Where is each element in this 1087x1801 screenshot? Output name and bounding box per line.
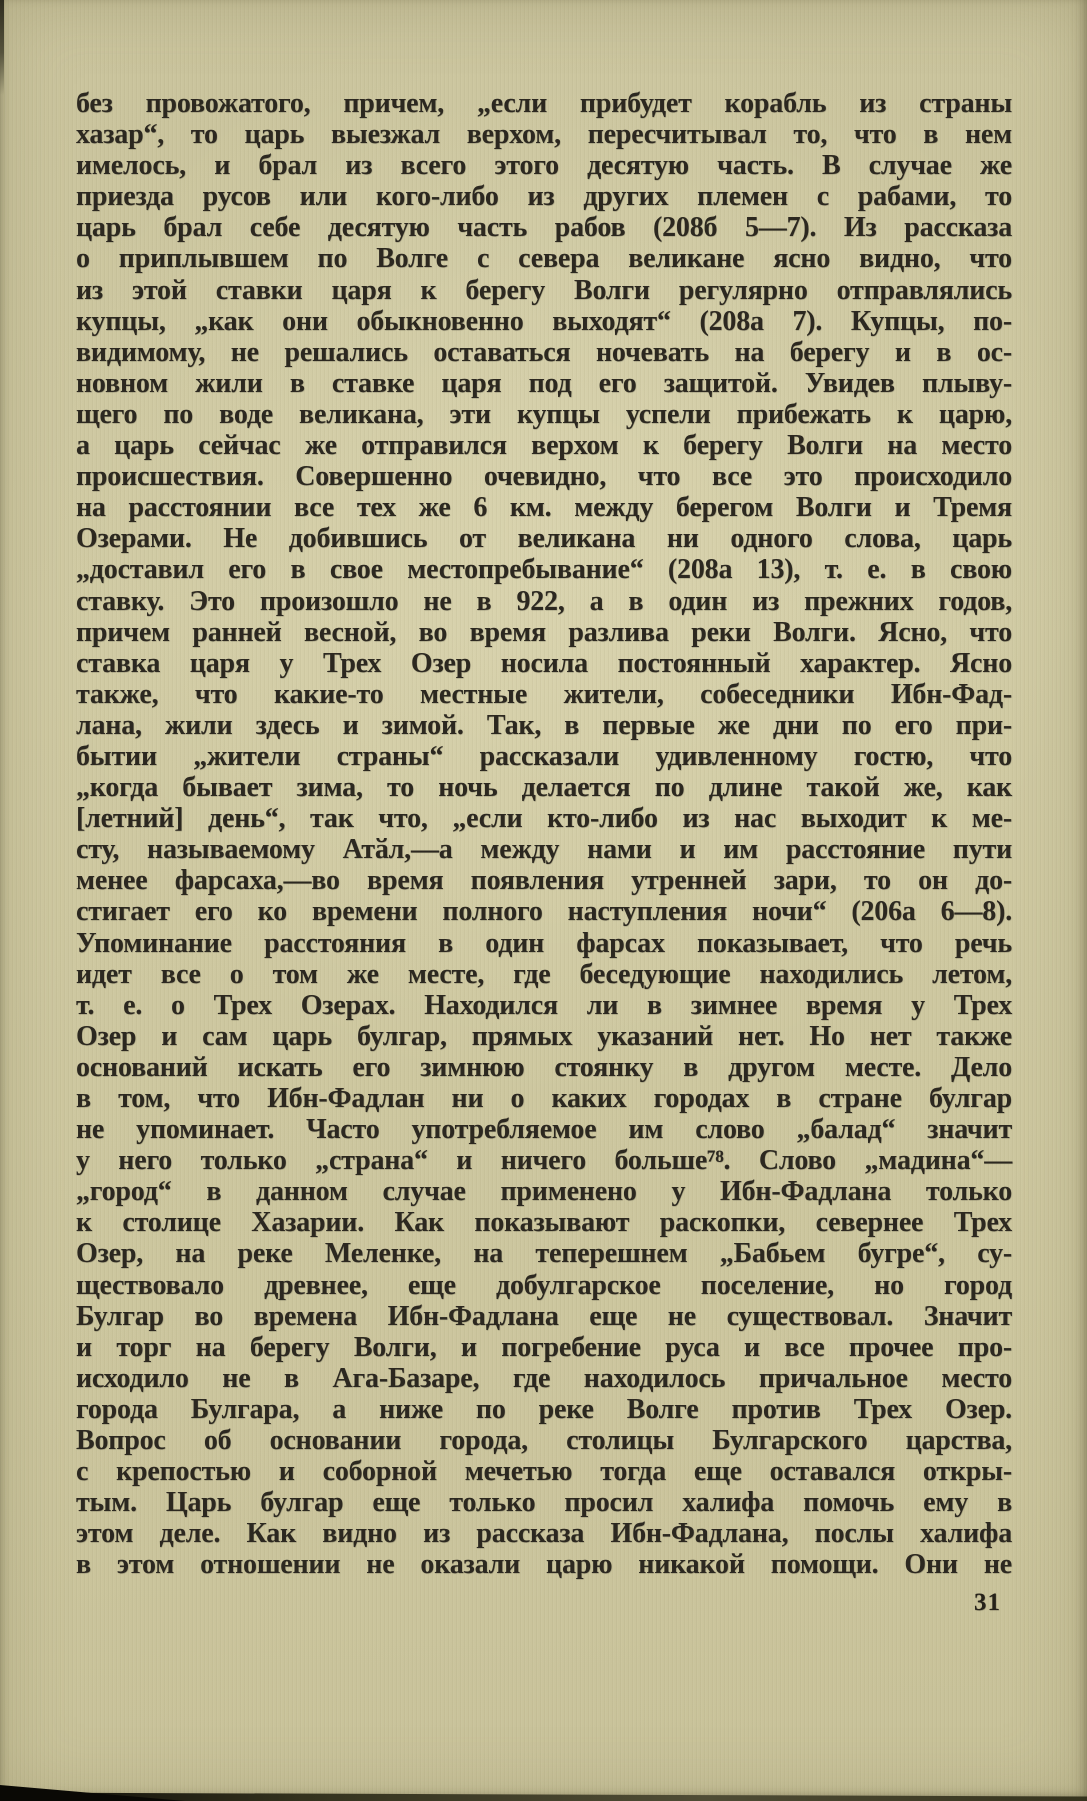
scan-edge-artifact-top-left bbox=[0, 0, 4, 95]
text-line: менее фарсаха,—во время появления утренн… bbox=[76, 865, 1012, 896]
text-line: лана, жили здесь и зимой. Так, в первые … bbox=[76, 710, 1012, 741]
text-line: к столице Хазарии. Как показывают раскоп… bbox=[76, 1207, 1012, 1238]
text-line: т. е. о Трех Озерах. Находился ли в зимн… bbox=[76, 990, 1012, 1021]
text-line: Упоминание расстояния в один фарсах пока… bbox=[76, 928, 1012, 959]
text-line: купцы, „как они обыкновенно выходят“ (20… bbox=[76, 306, 1012, 337]
text-line: тым. Царь булгар еще только просил халиф… bbox=[76, 1487, 1012, 1518]
text-line: исходило не в Ага-Базаре, где находилось… bbox=[76, 1363, 1012, 1394]
text-line: оснований искать его зимнюю стоянку в др… bbox=[76, 1052, 1012, 1083]
text-line: Булгар во времена Ибн-Фадлана еще не сущ… bbox=[76, 1301, 1012, 1332]
text-line: в том, что Ибн-Фадлан ни о каких городах… bbox=[76, 1083, 1012, 1114]
text-line: „город“ в данном случае применено у Ибн-… bbox=[76, 1176, 1012, 1207]
text-line: приезда русов или кого-либо из других пл… bbox=[76, 181, 1012, 212]
text-line: этом деле. Как видно из рассказа Ибн-Фад… bbox=[76, 1518, 1012, 1549]
text-line: ществовало древнее, еще добулгарское пос… bbox=[76, 1270, 1012, 1301]
text-line: без провожатого, причем, „если прибудет … bbox=[76, 88, 1012, 119]
text-line: хазар“, то царь выезжал верхом, пересчит… bbox=[76, 119, 1012, 150]
text-line: а царь сейчас же отправился верхом к бер… bbox=[76, 430, 1012, 461]
text-line: имелось, и брал из всего этого десятую ч… bbox=[76, 150, 1012, 181]
text-line: причем ранней весной, во время разлива р… bbox=[76, 617, 1012, 648]
text-line: с крепостью и соборной мечетью тогда еще… bbox=[76, 1456, 1012, 1487]
text-line: у него только „страна“ и ничего больше⁷⁸… bbox=[76, 1145, 1012, 1176]
text-line: Озер, на реке Меленке, на теперешнем „Ба… bbox=[76, 1238, 1012, 1269]
text-line: Озер и сам царь булгар, прямых указаний … bbox=[76, 1021, 1012, 1052]
text-line: на расстоянии все тех же 6 км. между бер… bbox=[76, 492, 1012, 523]
text-line: не упоминает. Часто употребляемое им сло… bbox=[76, 1114, 1012, 1145]
text-line: также, что какие-то местные жители, собе… bbox=[76, 679, 1012, 710]
text-line: ставку. Это произошло не в 922, а в один… bbox=[76, 586, 1012, 617]
text-line: царь брал себе десятую часть рабов (208б… bbox=[76, 212, 1012, 243]
text-line: и торг на берегу Волги, и погребение рус… bbox=[76, 1332, 1012, 1363]
text-line: из этой ставки царя к берегу Волги регул… bbox=[76, 275, 1012, 306]
text-line: в этом отношении не оказали царю никакой… bbox=[76, 1549, 1012, 1580]
text-line: о приплывшем по Волге с севера великане … bbox=[76, 243, 1012, 274]
page-text-block: без провожатого, причем, „если прибудет … bbox=[76, 88, 1012, 1581]
text-line: сту, называемому Атӑл,—а между нами и им… bbox=[76, 834, 1012, 865]
book-page: без провожатого, причем, „если прибудет … bbox=[0, 0, 1087, 1801]
text-line: [летний] день“, так что, „если кто-либо … bbox=[76, 803, 1012, 834]
text-line: происшествия. Совершенно очевидно, что в… bbox=[76, 461, 1012, 492]
text-line: щего по воде великана, эти купцы успели … bbox=[76, 399, 1012, 430]
page-number: 31 bbox=[974, 1589, 1001, 1617]
text-line: города Булгара, а ниже по реке Волге про… bbox=[76, 1394, 1012, 1425]
text-line: „доставил его в свое местопребывание“ (2… bbox=[76, 554, 1012, 585]
text-line: „когда бывает зима, то ночь делается по … bbox=[76, 772, 1012, 803]
text-line: новном жили в ставке царя под его защито… bbox=[76, 368, 1012, 399]
text-line: видимому, не решались оставаться ночеват… bbox=[76, 337, 1012, 368]
text-line: Вопрос об основании города, столицы Булг… bbox=[76, 1425, 1012, 1456]
text-line: идет все о том же месте, где беседующие … bbox=[76, 959, 1012, 990]
text-line: Озерами. Не добившись от великана ни одн… bbox=[76, 523, 1012, 554]
text-line: стигает его ко времени полного наступлен… bbox=[76, 896, 1012, 927]
text-line: бытии „жители страны“ рассказали удивлен… bbox=[76, 741, 1012, 772]
text-line: ставка царя у Трех Озер носила постоянны… bbox=[76, 648, 1012, 679]
